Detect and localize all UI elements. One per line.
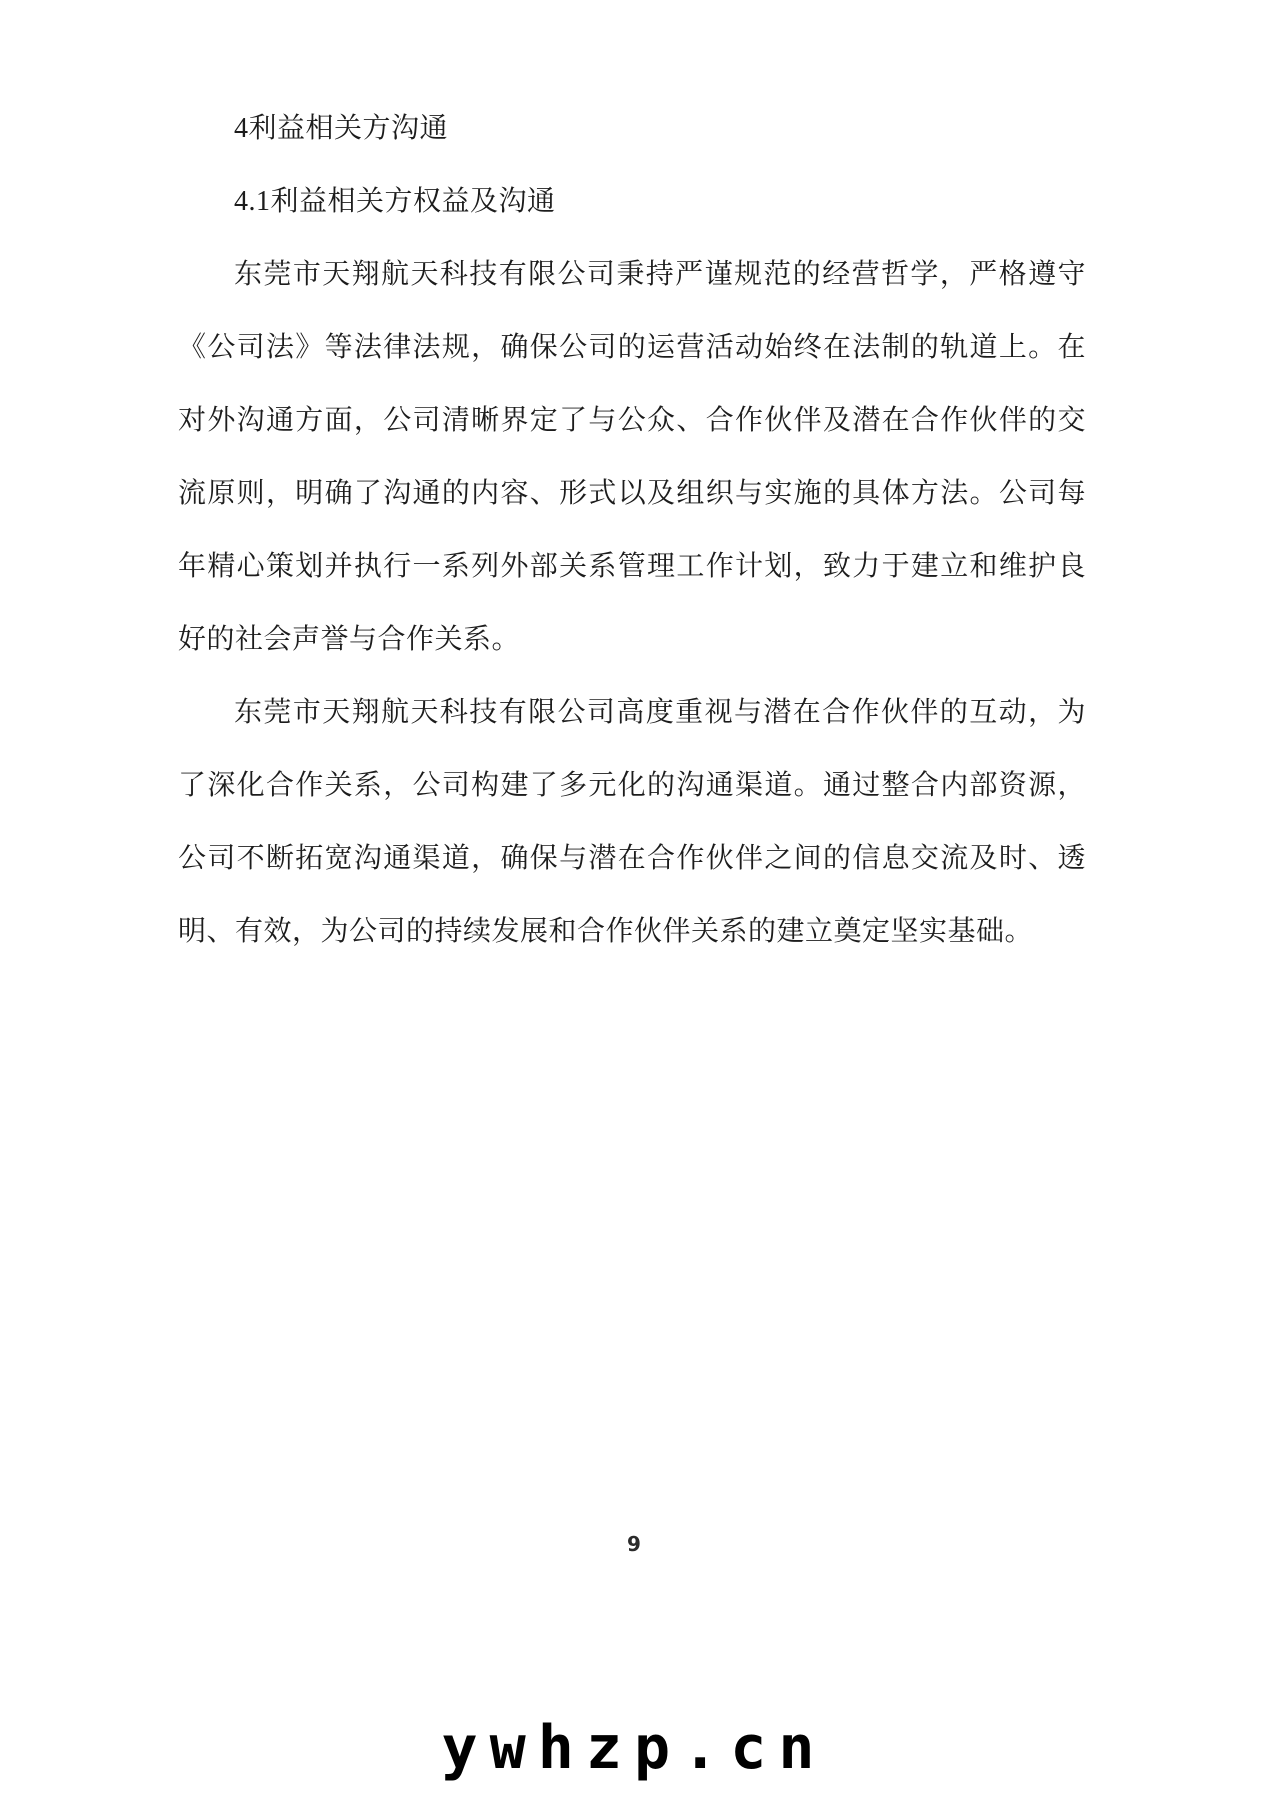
body-paragraph: 东莞市天翔航天科技有限公司秉持严谨规范的经营哲学，严格遵守《公司法》等法律法规，… (178, 238, 1086, 676)
site-watermark: ywhzp.cn (0, 1712, 1268, 1784)
subsection-heading: 4.1利益相关方权益及沟通 (178, 165, 1086, 238)
body-paragraph: 东莞市天翔航天科技有限公司高度重视与潜在合作伙伴的互动，为了深化合作关系，公司构… (178, 676, 1086, 968)
document-body: 4利益相关方沟通 4.1利益相关方权益及沟通 东莞市天翔航天科技有限公司秉持严谨… (178, 92, 1086, 968)
document-page: 4利益相关方沟通 4.1利益相关方权益及沟通 东莞市天翔航天科技有限公司秉持严谨… (0, 0, 1268, 1794)
section-heading: 4利益相关方沟通 (178, 92, 1086, 165)
page-number: 9 (0, 1532, 1268, 1556)
